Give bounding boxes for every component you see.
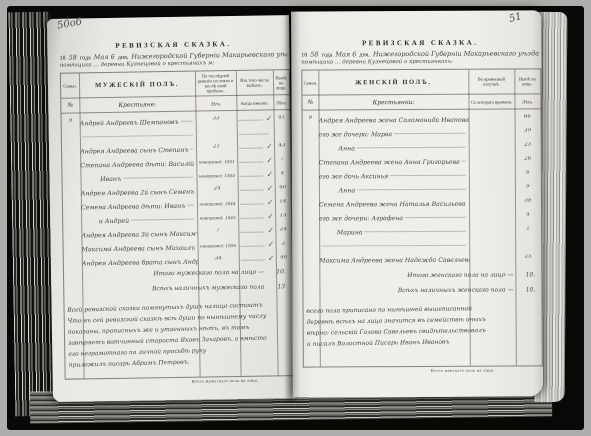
book-photo: 50об РЕВИЗСКАЯ СКАЗКА. 18 58 года Мая 6 … [0,0,591,436]
header-now-present: Нынѣ на лицо. [514,69,540,93]
folio-number-left: 50об [56,17,82,32]
handwritten-year: 58 [310,51,318,59]
header-family: Семьи. [302,71,318,95]
table-row: его же дочери: Аграфена4 [303,207,541,222]
table-row: его же дочь Аксинья8 [303,165,541,180]
header-number-sign: № [61,98,79,112]
table-row: 9Андрея Андреева жена Соломонида Иванова… [303,109,541,124]
printed-dnya: дня, [118,55,129,61]
header-departed: Изъ того числа выбыло. [236,70,273,95]
header-now-present: Нынѣ на лицо. [273,70,289,94]
attestation-left: Всей ревизской сказки помянутыхъ душъ на… [67,299,291,371]
table-row: Анна9 [303,179,541,194]
header-years-2: Лѣта. [273,95,289,109]
table-row: Анна23 [303,137,541,152]
folio-number-right: 51 [508,11,523,25]
total-female: Всѣхъ наличныхъ женскаго пола —10. [333,286,539,294]
table-header-row-1: Семьи. ЖЕНСКІЙ ПОЛЪ. Во временной отлучк… [302,69,540,94]
subtotal-male: Итого мужескаго пола на лицо —10. [94,268,290,278]
printed-year-prefix: 18 [60,56,66,62]
header-male-sex: МУЖЕСКІЙ ПОЛЪ. [79,72,195,98]
page-title-right: РЕВИЗСКАЯ СКАЗКА. [301,38,539,47]
date-line-right: 18 58 года Мая 6 дня, Нижегородской Губе… [301,49,539,58]
place-line-right: помѣщика … деревни Кузнецовой о крестьян… [301,58,539,65]
header-since-when: Съ котораго времени. [468,94,514,108]
table-row: Максима Андреева жена Надежда Савельева2… [303,249,541,264]
total-male: Всѣхъ наличныхъ мужескаго пола13 [94,283,290,293]
header-last-revision: По послѣдней ревизіи состояло и послѣ он… [195,71,236,96]
left-page: 50об РЕВИЗСКАЯ СКАЗКА. 18 58 года Мая 6 … [47,15,295,402]
handwritten-place: Нижегородской Губерніи Макарьевскаго уѣз… [373,49,539,58]
male-rows: 9Андрей Андреевъ Шемпановъ33✓41 Андрея А… [61,110,291,268]
header-number-sign: № [302,96,318,110]
header-peasants-hw: Крестьяне: [79,97,195,113]
table-header-row-2: № Крестьянки: Съ котораго времени. Лѣта. [302,93,540,110]
page-title-left: РЕВИЗСКАЯ СКАЗКА. [59,39,287,51]
female-rows: 9Андрея Андреева жена Соломонида Иванова… [303,109,542,264]
header-when-exactly: Когда именно. [236,95,273,110]
header-temporarily-absent: Во временной отлучкѣ. [468,69,514,93]
table-row [303,235,541,250]
header-years: Лѣта. [514,94,540,108]
table-header-row-1: Семьи. МУЖЕСКІЙ ПОЛЪ. По послѣдней ревиз… [61,70,289,98]
printed-dnya: дня, [359,52,370,58]
revision-table-female: Семьи. ЖЕНСКІЙ ПОЛЪ. Во временной отлучк… [301,68,543,367]
handwritten-day: Мая 6 [335,50,356,58]
header-family: Семьи. [61,73,79,97]
header-female-sex: ЖЕНСКІЙ ПОЛЪ. [318,70,468,95]
attestation-right: всего пола приписано по нынѣшней вышепис… [306,302,539,350]
revision-table-male: Семьи. МУЖЕСКІЙ ПОЛЪ. По послѣдней ревиз… [60,69,295,380]
printed-goda: года [80,55,91,61]
handwritten-year: 58 [69,53,77,61]
table-row: его же дочери: Марѳа39 [303,123,541,138]
printed-year-prefix: 18 [301,53,307,59]
table-row: Марина1 [303,221,541,236]
bottom-caption-left: Итого мужескаго пола на лицо. [158,377,293,384]
table-row: Семена Андреева жена Наталья Васильева38 [303,193,541,208]
right-page: 51 РЕВИЗСКАЯ СКАЗКА. 18 58 года Мая 6 дн… [291,10,543,397]
printed-goda: года [321,52,332,58]
bottom-caption-right: Всего женскаго пола на лицо. [388,367,538,373]
table-row: Степана Андреева жена Анна Григорьева26 [303,151,541,166]
handwritten-day: Мая 6 [94,53,115,61]
subtotal-female: Итого женскаго пола на лицо —10. [333,271,539,279]
header-peasants-hw: Крестьянки: [318,95,468,110]
header-years-1: Лѣта. [195,96,236,111]
